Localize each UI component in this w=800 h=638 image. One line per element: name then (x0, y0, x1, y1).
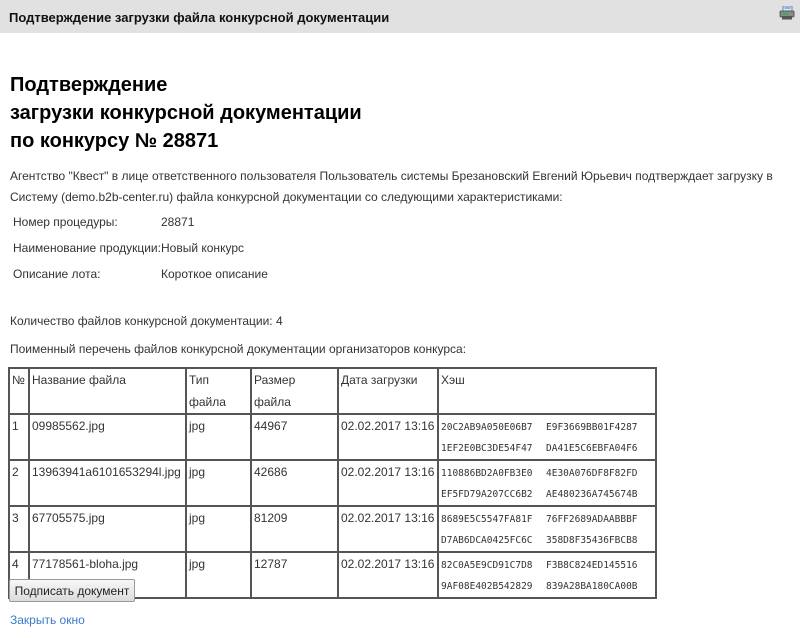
hash-part: 8689E5C5547FA81F (441, 509, 546, 530)
hash-value: 82C0A5E9CD91C7D8F3B8C824ED1455169AF08E40… (441, 555, 653, 597)
cell-file-size: 12787 (251, 552, 338, 598)
cell-hash: 8689E5C5547FA81F76FF2689ADAABBBFD7AB6DCA… (438, 506, 656, 552)
property-value: 28871 (161, 215, 268, 241)
hash-part: D7AB6DCA0425FC6C (441, 530, 546, 551)
page-title-line: по конкурсу № 28871 (10, 127, 362, 155)
column-header-name: Название файла (29, 368, 186, 414)
hash-part: 4E30A076DF8F82FD (546, 463, 638, 484)
hash-part: DA41E5C6EBFA04F6 (546, 438, 638, 459)
cell-number: 3 (9, 506, 29, 552)
hash-part: EF5FD79A207CC6B2 (441, 484, 546, 505)
cell-hash: 110886BD2A0FB3E04E30A076DF8F82FDEF5FD79A… (438, 460, 656, 506)
cell-file-type: jpg (186, 414, 251, 460)
property-row: Наименование продукции: Новый конкурс (13, 241, 268, 267)
table-row: 367705575.jpgjpg8120902.02.2017 13:16868… (9, 506, 656, 552)
page-title: Подтверждение загрузки конкурсной докуме… (10, 71, 362, 155)
close-window-link[interactable]: Закрыть окно (10, 613, 85, 627)
table-row: 109985562.jpgjpg4496702.02.2017 13:1620C… (9, 414, 656, 460)
cell-number: 1 (9, 414, 29, 460)
files-table: № Название файла Тип файла Размер файла … (8, 367, 657, 599)
cell-file-type: jpg (186, 460, 251, 506)
column-header-size: Размер файла (251, 368, 338, 414)
cell-upload-date: 02.02.2017 13:16 (338, 460, 438, 506)
sign-document-button[interactable]: Подписать документ (9, 579, 135, 602)
window-title: Подтверждение загрузки файла конкурсной … (9, 10, 389, 25)
cell-file-type: jpg (186, 552, 251, 598)
table-row: 213963941a6101653294l.jpgjpg4268602.02.2… (9, 460, 656, 506)
page-title-line: Подтверждение (10, 71, 362, 99)
cell-file-size: 81209 (251, 506, 338, 552)
page-title-line: загрузки конкурсной документации (10, 99, 362, 127)
hash-part: 1EF2E0BC3DE54F47 (441, 438, 546, 459)
hash-part: 82C0A5E9CD91C7D8 (441, 555, 546, 576)
hash-part: 839A28BA180CA00B (546, 576, 638, 597)
cell-file-size: 42686 (251, 460, 338, 506)
cell-file-name: 67705575.jpg (29, 506, 186, 552)
hash-part: 110886BD2A0FB3E0 (441, 463, 546, 484)
column-header-date: Дата загрузки (338, 368, 438, 414)
hash-part: 76FF2689ADAABBBF (546, 509, 638, 530)
hash-part: AE480236A745674B (546, 484, 638, 505)
hash-value: 8689E5C5547FA81F76FF2689ADAABBBFD7AB6DCA… (441, 509, 653, 551)
table-header-row: № Название файла Тип файла Размер файла … (9, 368, 656, 414)
file-count: Количество файлов конкурсной документаци… (10, 314, 283, 328)
property-value: Короткое описание (161, 267, 268, 293)
intro-text: Агентство "Квест" в лице ответственного … (10, 166, 780, 208)
hash-part: 9AF08E402B542829 (441, 576, 546, 597)
column-header-number: № (9, 368, 29, 414)
hash-part: F3B8C824ED145516 (546, 555, 638, 576)
cell-file-name: 09985562.jpg (29, 414, 186, 460)
hash-part: 20C2AB9A050E06B7 (441, 417, 546, 438)
property-value: Новый конкурс (161, 241, 268, 267)
property-label: Номер процедуры: (13, 215, 161, 241)
hash-part: 358D8F35436FBCB8 (546, 530, 638, 551)
window-header: Подтверждение загрузки файла конкурсной … (0, 0, 800, 33)
hash-part: E9F3669BB01F4287 (546, 417, 638, 438)
property-row: Номер процедуры: 28871 (13, 215, 268, 241)
printer-icon[interactable] (779, 6, 795, 20)
hash-value: 20C2AB9A050E06B7E9F3669BB01F42871EF2E0BC… (441, 417, 653, 459)
cell-hash: 82C0A5E9CD91C7D8F3B8C824ED1455169AF08E40… (438, 552, 656, 598)
procedure-properties: Номер процедуры: 28871 Наименование прод… (13, 215, 268, 293)
file-list-header: Поименный перечень файлов конкурсной док… (10, 342, 466, 356)
hash-value: 110886BD2A0FB3E04E30A076DF8F82FDEF5FD79A… (441, 463, 653, 505)
cell-upload-date: 02.02.2017 13:16 (338, 414, 438, 460)
column-header-hash: Хэш (438, 368, 656, 414)
property-label: Наименование продукции: (13, 241, 161, 267)
cell-upload-date: 02.02.2017 13:16 (338, 506, 438, 552)
cell-file-size: 44967 (251, 414, 338, 460)
cell-number: 2 (9, 460, 29, 506)
column-header-type: Тип файла (186, 368, 251, 414)
cell-hash: 20C2AB9A050E06B7E9F3669BB01F42871EF2E0BC… (438, 414, 656, 460)
cell-file-type: jpg (186, 506, 251, 552)
cell-file-name: 13963941a6101653294l.jpg (29, 460, 186, 506)
property-row: Описание лота: Короткое описание (13, 267, 268, 293)
property-label: Описание лота: (13, 267, 161, 293)
cell-upload-date: 02.02.2017 13:16 (338, 552, 438, 598)
